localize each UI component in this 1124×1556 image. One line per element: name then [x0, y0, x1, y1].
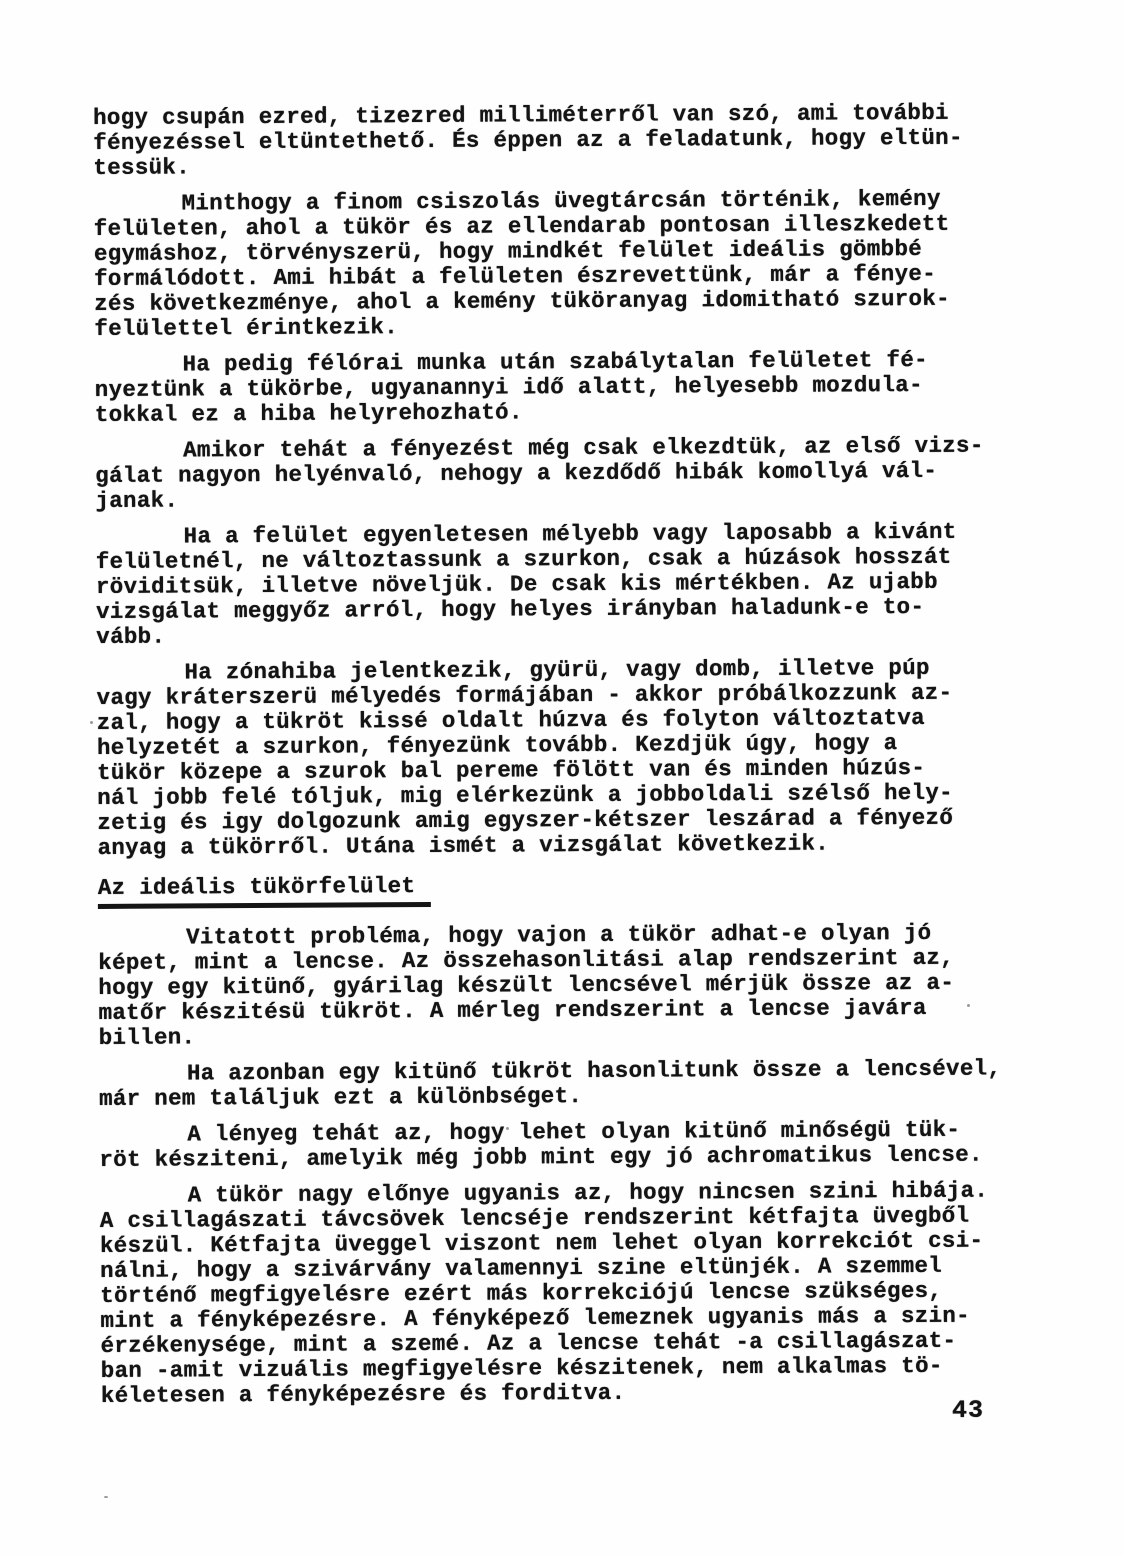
page-number: 43: [952, 1396, 984, 1425]
scan-speck: [104, 1496, 108, 1498]
scanned-document-page: hogy csupán ezred, tizezred milliméterrő…: [0, 0, 1124, 1556]
section-heading-text: Az ideális tükörfelület: [98, 874, 432, 909]
paragraph: A lényeg tehát az, hogy lehet olyan kitü…: [99, 1117, 1031, 1173]
paragraph: hogy csupán ezred, tizezred milliméterrő…: [93, 100, 1025, 181]
paragraph: Ha pedig félórai munka után szabálytalan…: [95, 347, 1027, 428]
scan-speck: [967, 1004, 970, 1007]
paragraph: A tükör nagy előnye ugyanis az, hogy nin…: [100, 1178, 1033, 1409]
paragraph: Ha a felület egyenletesen mélyebb vagy l…: [96, 519, 1029, 650]
paragraph: Minthogy a finom csiszolás üvegtárcsán t…: [94, 186, 1027, 342]
paragraph: Ha azonban egy kitünő tükröt hasonlitunk…: [99, 1056, 1031, 1112]
paragraph: Vitatott probléma, hogy vajon a tükör ad…: [98, 920, 1031, 1051]
paragraph: Amikor tehát a fényezést még csak elkezd…: [95, 433, 1027, 514]
scan-speck: [506, 1127, 509, 1130]
paragraph: Ha zónahiba jelentkezik, gyürü, vagy dom…: [96, 655, 1029, 861]
document-text-block: hogy csupán ezred, tizezred milliméterrő…: [93, 100, 1033, 1420]
scan-speck: [90, 721, 93, 724]
section-heading: Az ideális tükörfelület: [98, 870, 1030, 909]
